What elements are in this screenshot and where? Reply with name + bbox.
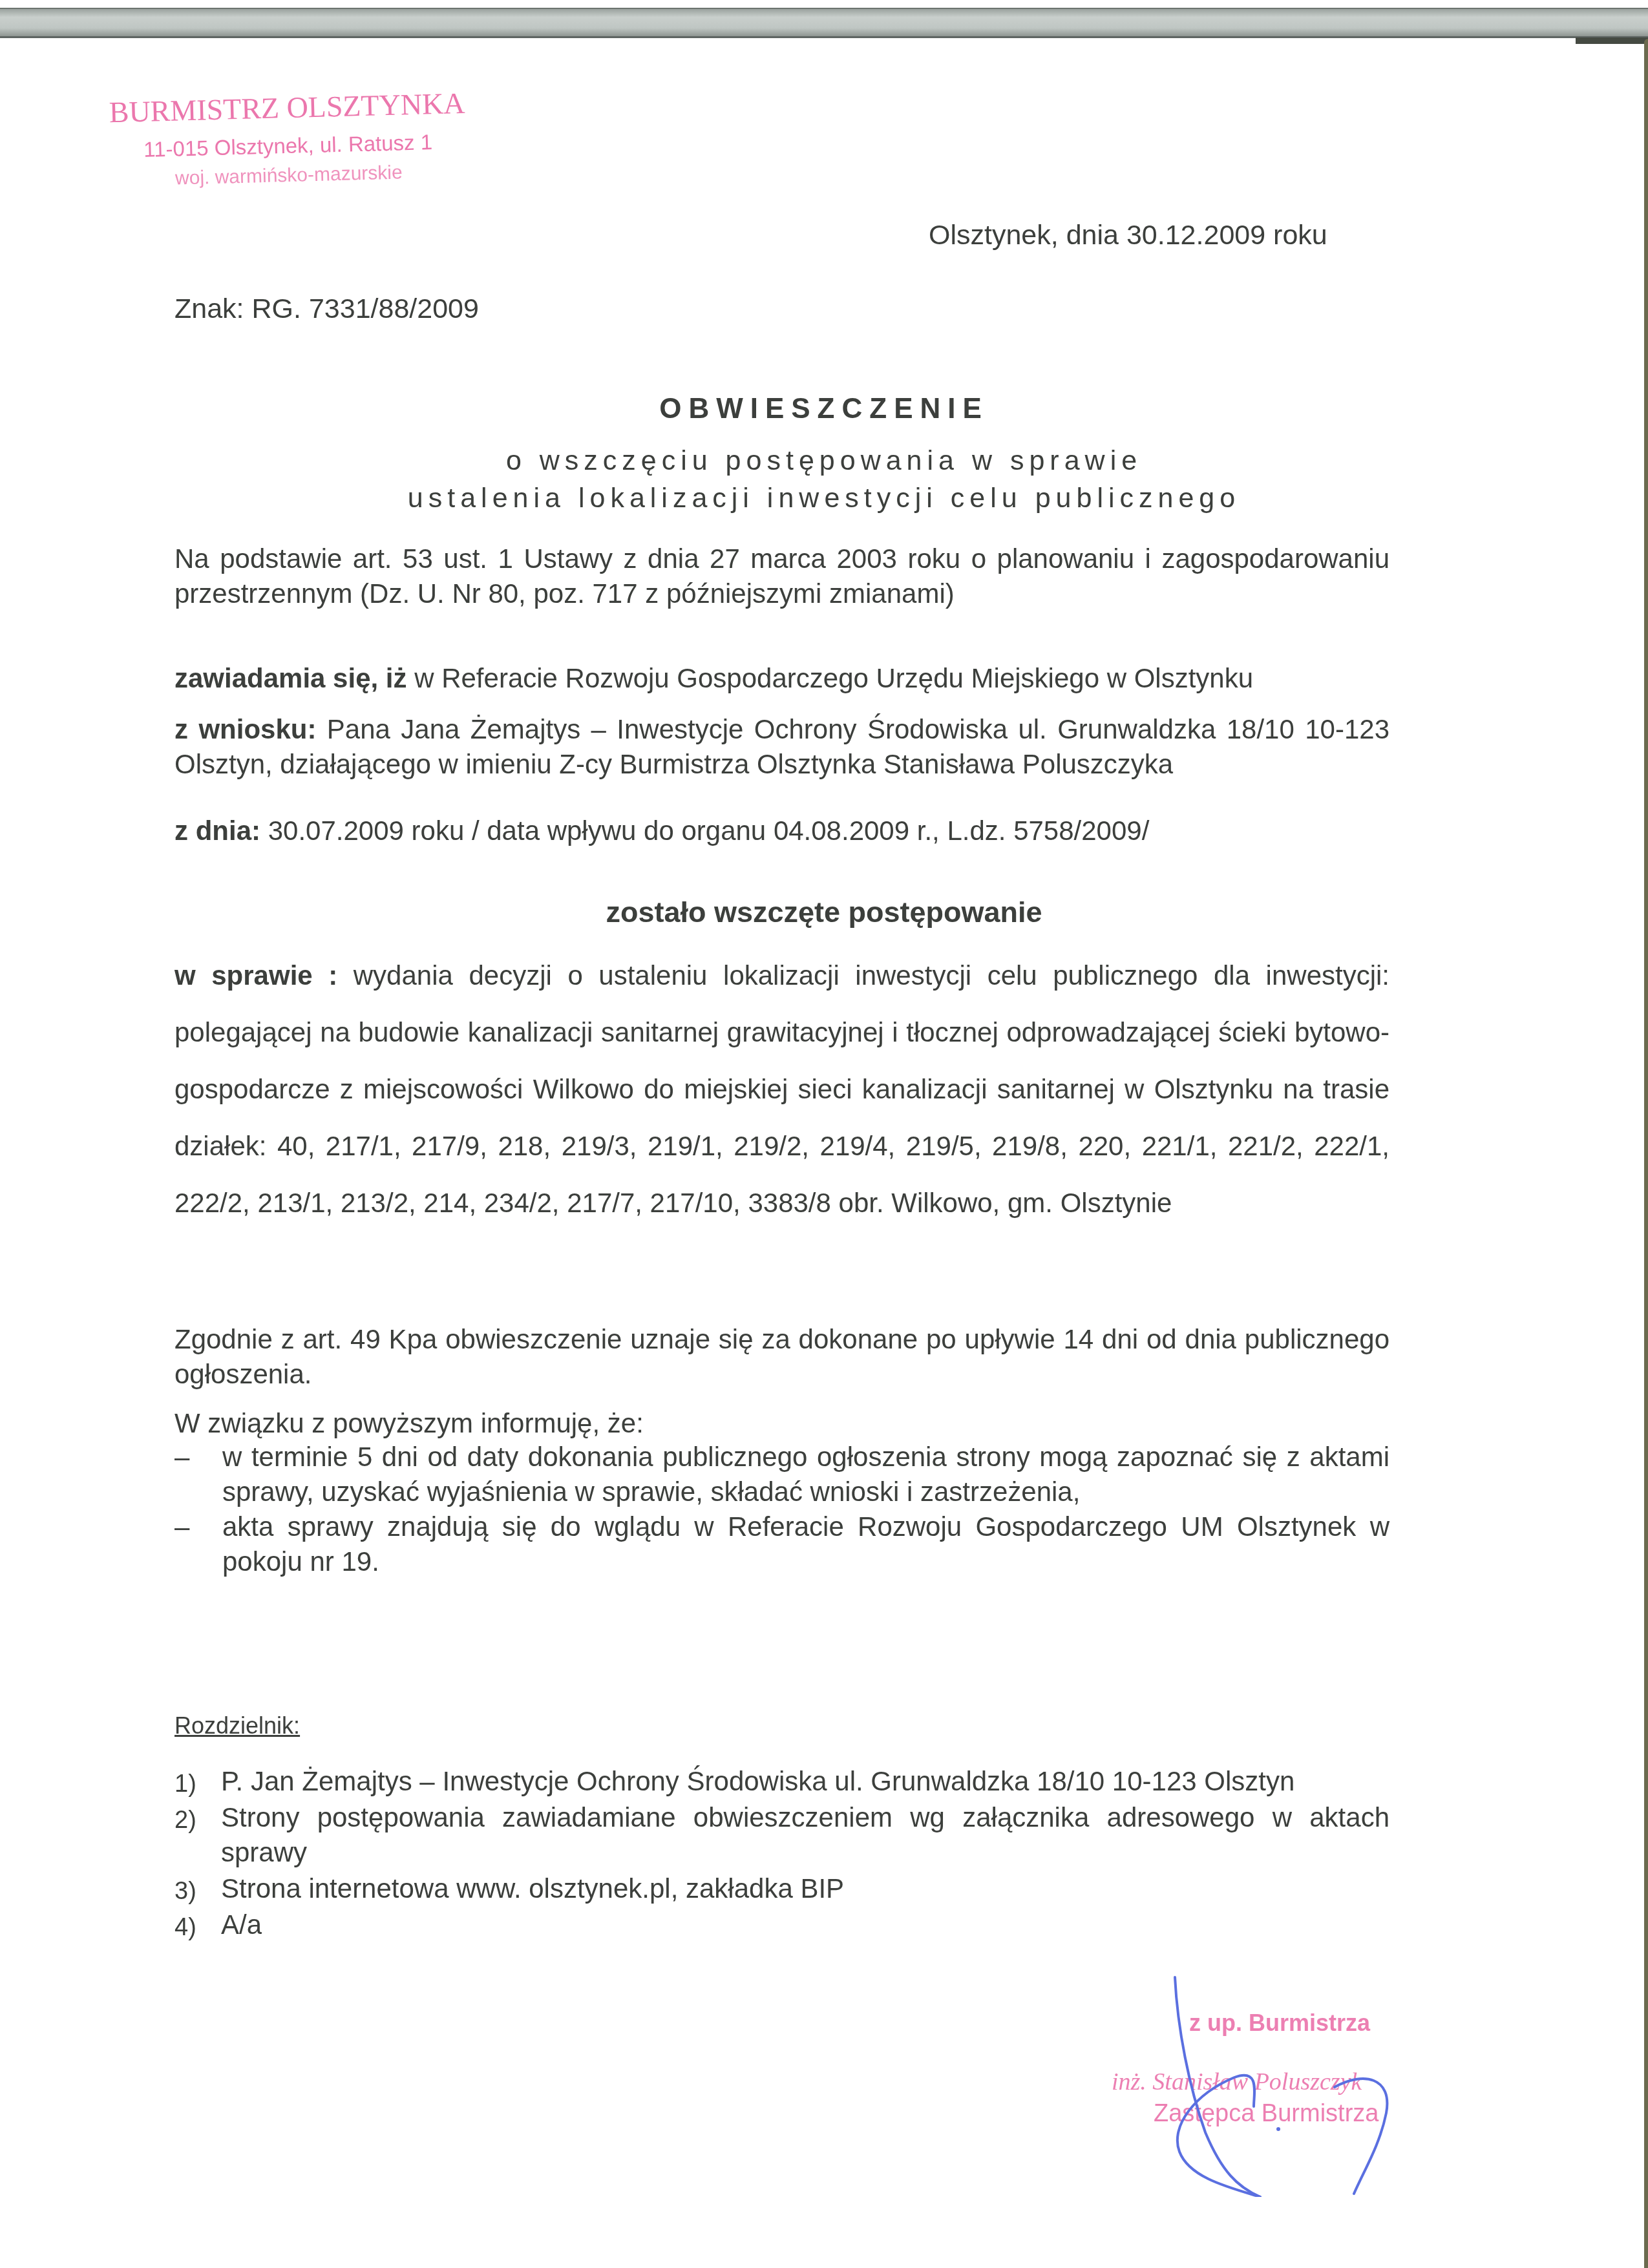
subtitle-line-1: o wszczęciu postępowania w sprawie [0, 442, 1648, 479]
date-text: 30.07.2009 roku / data wpływu do organu … [260, 815, 1149, 846]
scanner-edge-bar [0, 8, 1648, 38]
distribution-number: 3) [174, 1874, 196, 1909]
application-label: z wniosku: [174, 714, 316, 744]
notice-paragraph: zawiadamia się, iż w Referacie Rozwoju G… [174, 661, 1389, 696]
stamp-address: 11-015 Olsztynek, ul. Ratusz 1 [110, 129, 467, 163]
date-label: z dnia: [174, 815, 260, 846]
application-paragraph: z wniosku: Pana Jana Żemajtys – Inwestyc… [174, 712, 1389, 782]
stamp-region: woj. warmińsko-mazurskie [111, 160, 467, 191]
document-title: OBWIESZCZENIE [0, 393, 1648, 425]
page-right-edge [1644, 39, 1648, 2268]
matter-paragraph: w sprawie : wydania decyzji o ustaleniu … [174, 947, 1389, 1232]
matter-label: w sprawie : [174, 960, 337, 991]
document-subtitle: o wszczęciu postępowania w sprawie ustal… [0, 442, 1648, 517]
distribution-text: A/a [221, 1909, 262, 1940]
info-intro: W związku z powyższym informuję, że: [174, 1406, 1389, 1441]
application-text: Pana Jana Żemajtys – Inwestycje Ochrony … [174, 714, 1389, 779]
distribution-item: 2)Strony postępowania zawiadamiane obwie… [174, 1800, 1389, 1870]
distribution-number: 2) [174, 1803, 196, 1838]
distribution-item: 4)A/a [174, 1907, 1389, 1942]
kpa-note: Zgodnie z art. 49 Kpa obwieszczenie uzna… [174, 1322, 1389, 1392]
info-list: w terminie 5 dni od daty dokonania publi… [174, 1440, 1389, 1579]
subtitle-line-2: ustalenia lokalizacji inwestycji celu pu… [0, 479, 1648, 517]
distribution-label: Rozdzielnik: [174, 1712, 300, 1739]
handwritten-signature-icon [1066, 1938, 1428, 2197]
date-paragraph: z dnia: 30.07.2009 roku / data wpływu do… [174, 814, 1389, 848]
distribution-item: 3)Strona internetowa www. olsztynek.pl, … [174, 1871, 1389, 1906]
signature-block: z up. Burmistrza inż. Stanisław Poluszcz… [1099, 1990, 1486, 2158]
info-item: akta sprawy znajdują się do wglądu w Ref… [174, 1509, 1389, 1579]
place-date: Olsztynek, dnia 30.12.2009 roku [929, 220, 1327, 251]
distribution-text: Strony postępowania zawiadamiane obwiesz… [221, 1802, 1389, 1867]
legal-basis: Na podstawie art. 53 ust. 1 Ustawy z dni… [174, 541, 1389, 611]
matter-text: wydania decyzji o ustaleniu lokalizacji … [174, 960, 1389, 1218]
stamp-title: BURMISTRZ OLSZTYNKA [109, 86, 465, 129]
distribution-list: 1)P. Jan Żemajtys – Inwestycje Ochrony Ś… [174, 1764, 1389, 1944]
info-item: w terminie 5 dni od daty dokonania publi… [174, 1440, 1389, 1509]
notice-text: w Referacie Rozwoju Gospodarczego Urzędu… [407, 663, 1254, 693]
scanner-corner [1576, 37, 1648, 44]
distribution-text: Strona internetowa www. olsztynek.pl, za… [221, 1873, 844, 1904]
reference-number: Znak: RG. 7331/88/2009 [174, 293, 479, 325]
office-stamp: BURMISTRZ OLSZTYNKA 11-015 Olsztynek, ul… [109, 86, 467, 191]
notice-lead: zawiadamia się, iż [174, 663, 407, 693]
distribution-number: 4) [174, 1910, 196, 1945]
distribution-text: P. Jan Żemajtys – Inwestycje Ochrony Śro… [221, 1766, 1294, 1796]
distribution-item: 1)P. Jan Żemajtys – Inwestycje Ochrony Ś… [174, 1764, 1389, 1799]
proceeding-heading: zostało wszczęte postępowanie [0, 896, 1648, 929]
distribution-number: 1) [174, 1767, 196, 1801]
